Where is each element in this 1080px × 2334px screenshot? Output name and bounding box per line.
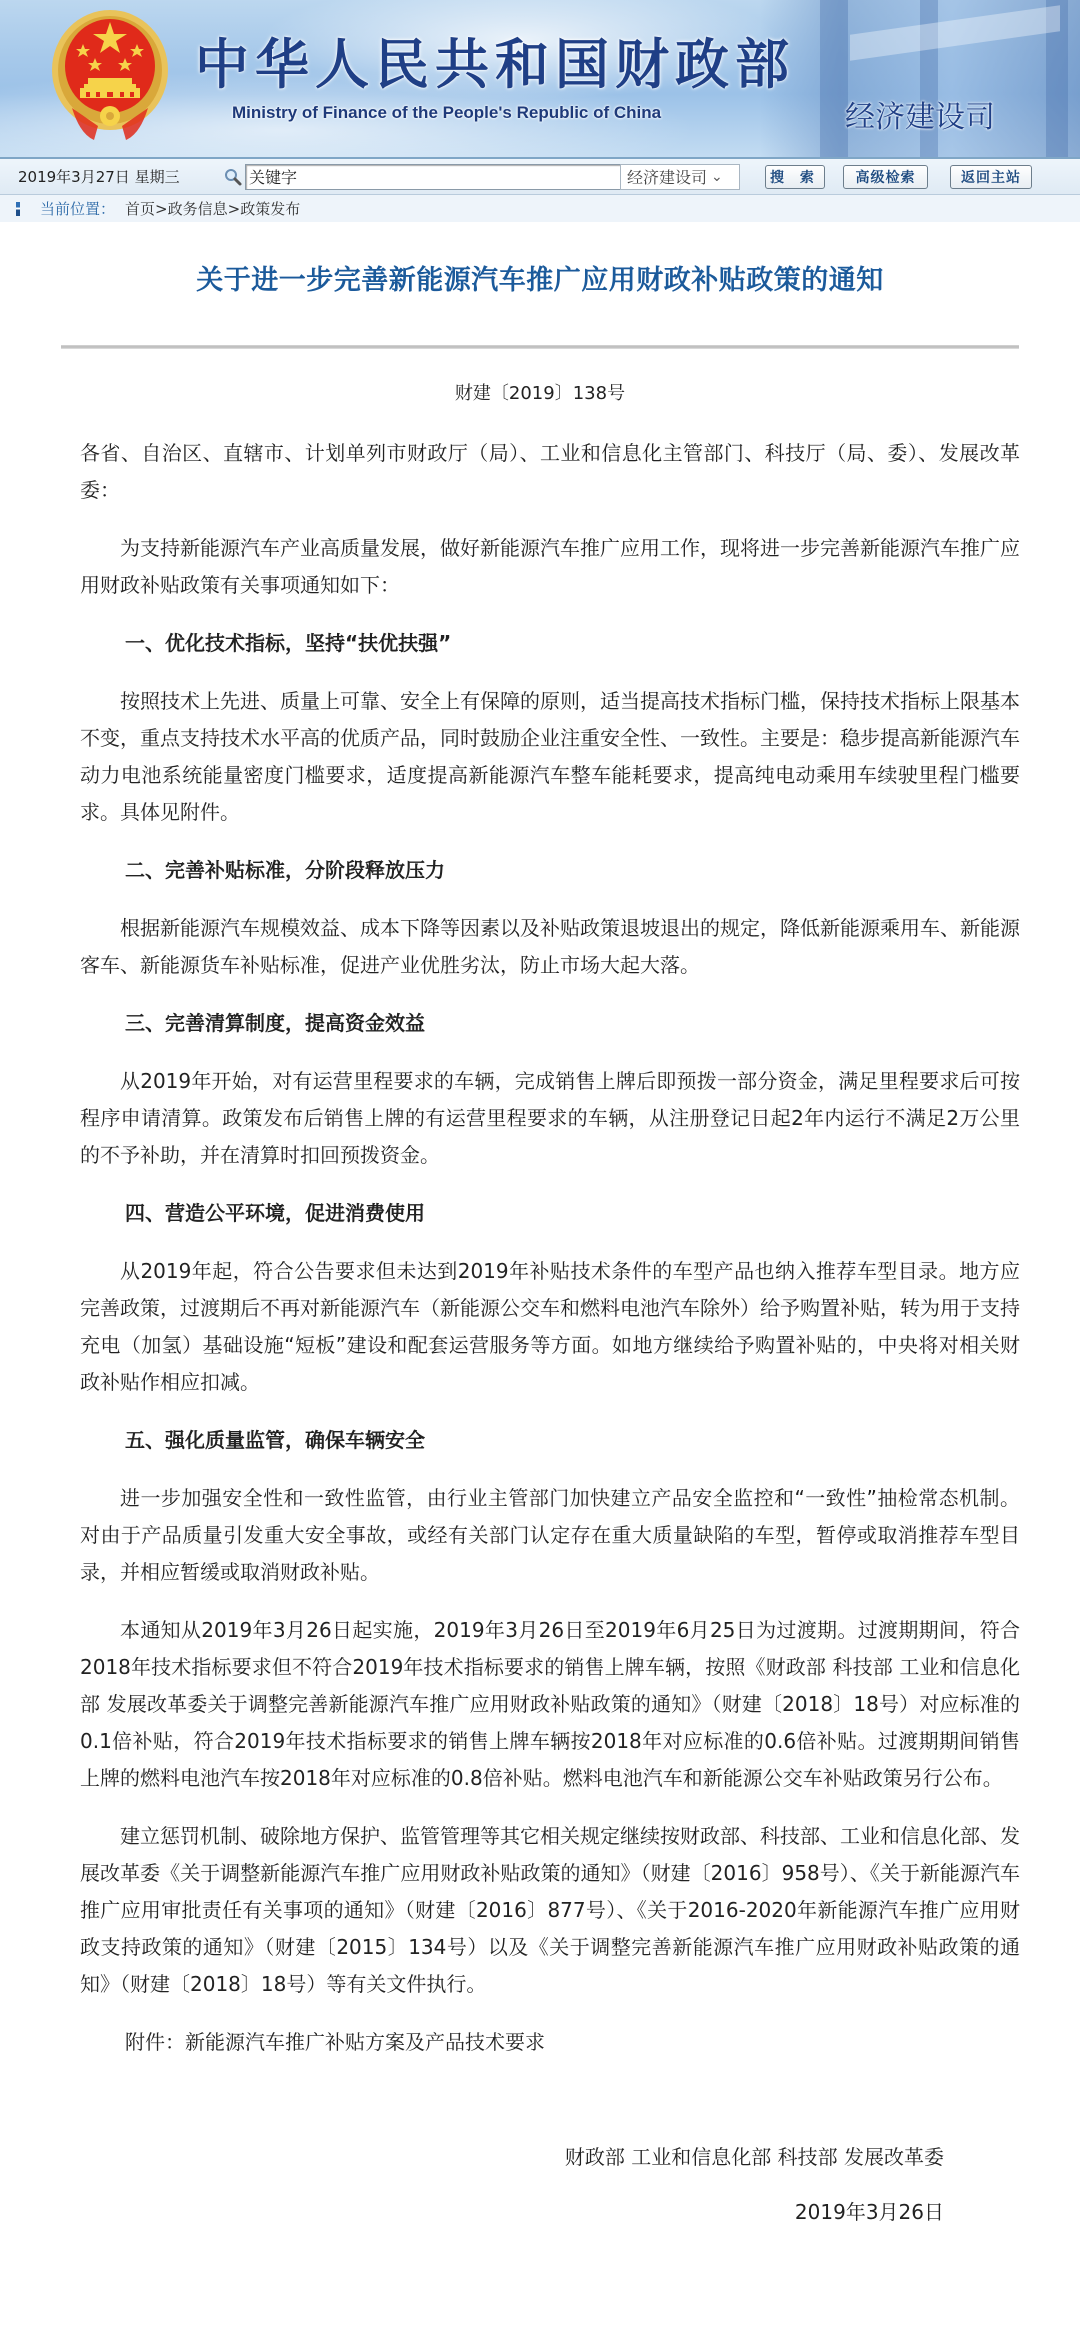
advanced-search-button[interactable]: 高级检索 (843, 165, 928, 189)
transition-paragraph: 本通知从2019年3月26日起实施，2019年3月26日至2019年6月25日为… (80, 1612, 1020, 1797)
intro-paragraph: 为支持新能源汽车产业高质量发展，做好新能源汽车推广应用工作，现将进一步完善新能源… (80, 530, 1020, 604)
breadcrumb-item-home[interactable]: 首页 (125, 200, 155, 218)
other-rules-paragraph: 建立惩罚机制、破除地方保护、监管管理等其它相关规定继续按财政部、科技部、工业和信… (80, 1818, 1020, 2003)
breadcrumb: 当前位置： 首页>政务信息>政策发布 (0, 195, 1080, 222)
article-title: 关于进一步完善新能源汽车推广应用财政补贴政策的通知 (0, 258, 1080, 297)
current-date: 2019年3月27日 星期三 (18, 166, 223, 187)
section-heading: 五、强化质量监管，确保车辆安全 (80, 1422, 1020, 1459)
search-scope-select[interactable]: 经济建设司 ⌄ (620, 164, 740, 190)
section-heading: 二、完善补贴标准，分阶段释放压力 (80, 852, 1020, 889)
search-toolbar: 2019年3月27日 星期三 经济建设司 ⌄ 搜 索 高级检索 返回主站 (0, 157, 1080, 195)
section-heading: 三、完善清算制度，提高资金效益 (80, 1005, 1020, 1042)
section-paragraph: 根据新能源汽车规模效益、成本下降等因素以及补贴政策退坡退出的规定，降低新能源乘用… (80, 910, 1020, 984)
site-title-en: Ministry of Finance of the People's Repu… (232, 103, 661, 123)
salutation: 各省、自治区、直辖市、计划单列市财政厅（局）、工业和信息化主管部门、科技厅（局、… (80, 435, 1020, 509)
article: 关于进一步完善新能源汽车推广应用财政补贴政策的通知 财建〔2019〕138号 各… (0, 258, 1080, 2225)
article-body: 各省、自治区、直辖市、计划单列市财政厅（局）、工业和信息化主管部门、科技厅（局、… (0, 435, 1080, 2225)
section-paragraph: 从2019年开始，对有运营里程要求的车辆，完成销售上牌后即预拨一部分资金，满足里… (80, 1063, 1020, 1174)
issue-date: 2019年3月26日 (80, 2196, 1020, 2225)
site-banner: 中华人民共和国财政部 Ministry of Finance of the Pe… (0, 0, 1080, 157)
chevron-down-icon: ⌄ (711, 169, 723, 185)
breadcrumb-item-policy-release[interactable]: 政策发布 (240, 200, 300, 218)
department-name: 经济建设司 (845, 92, 995, 136)
section-heading: 四、营造公平环境，促进消费使用 (80, 1195, 1020, 1232)
search-input[interactable] (245, 164, 620, 190)
breadcrumb-label: 当前位置： (40, 198, 115, 219)
site-title-cn: 中华人民共和国财政部 (195, 22, 795, 99)
national-emblem-icon (50, 8, 170, 146)
breadcrumb-path: 首页>政务信息>政策发布 (125, 198, 300, 219)
section-paragraph: 进一步加强安全性和一致性监管，由行业主管部门加快建立产品安全监控和“一致性”抽检… (80, 1480, 1020, 1591)
search-scope-value: 经济建设司 (627, 165, 707, 188)
return-home-button[interactable]: 返回主站 (950, 165, 1032, 189)
document-number: 财建〔2019〕138号 (0, 379, 1080, 405)
section-paragraph: 从2019年起，符合公告要求但未达到2019年补贴技术条件的车型产品也纳入推荐车… (80, 1253, 1020, 1401)
section-paragraph: 按照技术上先进、质量上可靠、安全上有保障的原则，适当提高技术指标门槛，保持技术指… (80, 683, 1020, 831)
search-button[interactable]: 搜 索 (765, 165, 825, 189)
title-divider (61, 345, 1019, 349)
attachment-link[interactable]: 附件：新能源汽车推广补贴方案及产品技术要求 (80, 2024, 1020, 2061)
breadcrumb-separator: > (228, 200, 241, 218)
breadcrumb-separator: > (155, 200, 168, 218)
section-heading: 一、优化技术指标，坚持“扶优扶强” (80, 625, 1020, 662)
search-icon (223, 167, 243, 187)
signatories: 财政部 工业和信息化部 科技部 发展改革委 (80, 2141, 1020, 2170)
breadcrumb-marker-icon (16, 202, 20, 216)
breadcrumb-item-government-info[interactable]: 政务信息 (168, 200, 228, 218)
